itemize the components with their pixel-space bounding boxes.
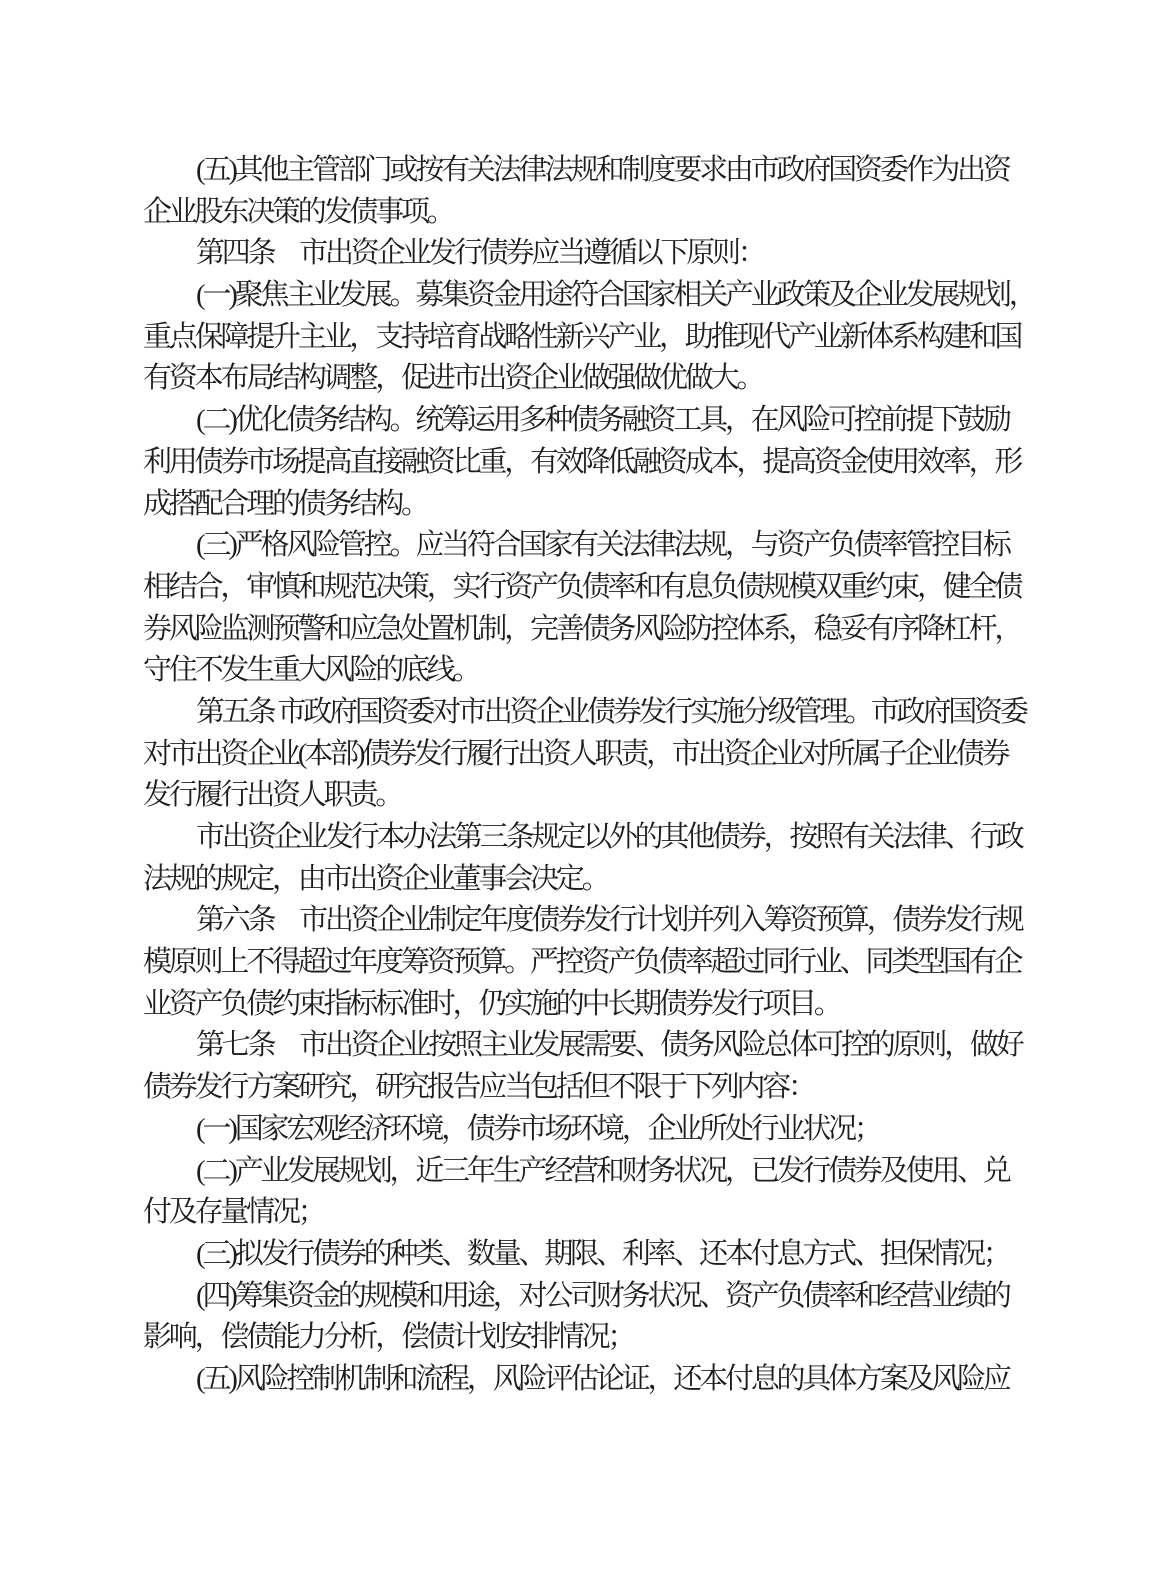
text-line: 影响，偿债能力分析，偿债计划安排情况；	[143, 1317, 1023, 1359]
text-line: 第七条 市出资企业按照主业发展需要、债务风险总体可控的原则，做好	[143, 1025, 1023, 1067]
text-line: (四)筹集资金的规模和用途，对公司财务状况、资产负债率和经营业绩的	[143, 1276, 1023, 1318]
text-line: 第六条 市出资企业制定年度债券发行计划并列入筹资预算，债券发行规	[143, 900, 1023, 942]
document-text-block: (五)其他主管部门或按有关法律法规和制度要求由市政府国资委作为出资企业股东决策的…	[143, 150, 1023, 1401]
text-line: (三)严格风险管控。应当符合国家有关法律法规，与资产负债率管控目标	[143, 525, 1023, 567]
text-line: 付及存量情况；	[143, 1192, 1023, 1234]
text-line: 重点保障提升主业，支持培育战略性新兴产业，助推现代产业新体系构建和国	[143, 317, 1023, 359]
text-line: 模原则上不得超过年度筹资预算。严控资产负债率超过同行业、同类型国有企	[143, 942, 1023, 984]
text-line: 发行履行出资人职责。	[143, 775, 1023, 817]
text-line: 相结合，审慎和规范决策，实行资产负债率和有息负债规模双重约束，健全债	[143, 567, 1023, 609]
text-line: (二)优化债务结构。统筹运用多种债务融资工具，在风险可控前提下鼓励	[143, 400, 1023, 442]
text-line: 守住不发生重大风险的底线。	[143, 650, 1023, 692]
text-line: (五)风险控制机制和流程，风险评估论证，还本付息的具体方案及风险应	[143, 1359, 1023, 1401]
text-line: 成搭配合理的债务结构。	[143, 484, 1023, 526]
text-line: 有资本布局结构调整，促进市出资企业做强做优做大。	[143, 358, 1023, 400]
text-line: 市出资企业发行本办法第三条规定以外的其他债券，按照有关法律、行政	[143, 817, 1023, 859]
text-line: 第四条 市出资企业发行债券应当遵循以下原则：	[143, 233, 1023, 275]
text-line: 业资产负债约束指标标准时，仍实施的中长期债券发行项目。	[143, 984, 1023, 1026]
text-line: (一)国家宏观经济环境，债券市场环境，企业所处行业状况；	[143, 1109, 1023, 1151]
text-line: 券风险监测预警和应急处置机制，完善债务风险防控体系，稳妥有序降杠杆，	[143, 609, 1023, 651]
text-line: 法规的规定，由市出资企业董事会决定。	[143, 859, 1023, 901]
text-line: 债券发行方案研究，研究报告应当包括但不限于下列内容：	[143, 1067, 1023, 1109]
text-line: (三)拟发行债券的种类、数量、期限、利率、还本付息方式、担保情况；	[143, 1234, 1023, 1276]
text-line: (五)其他主管部门或按有关法律法规和制度要求由市政府国资委作为出资	[143, 150, 1023, 192]
text-line: (二)产业发展规划，近三年生产经营和财务状况，已发行债券及使用、兑	[143, 1151, 1023, 1193]
text-line: 第五条 市政府国资委对市出资企业债券发行实施分级管理。市政府国资委	[143, 692, 1023, 734]
document-page: (五)其他主管部门或按有关法律法规和制度要求由市政府国资委作为出资企业股东决策的…	[0, 0, 1153, 1578]
text-line: 对市出资企业(本部)债券发行履行出资人职责，市出资企业对所属子企业债券	[143, 734, 1023, 776]
text-line: (一)聚焦主业发展。募集资金用途符合国家相关产业政策及企业发展规划，	[143, 275, 1023, 317]
text-line: 利用债券市场提高直接融资比重，有效降低融资成本，提高资金使用效率，形	[143, 442, 1023, 484]
text-line: 企业股东决策的发债事项。	[143, 192, 1023, 234]
